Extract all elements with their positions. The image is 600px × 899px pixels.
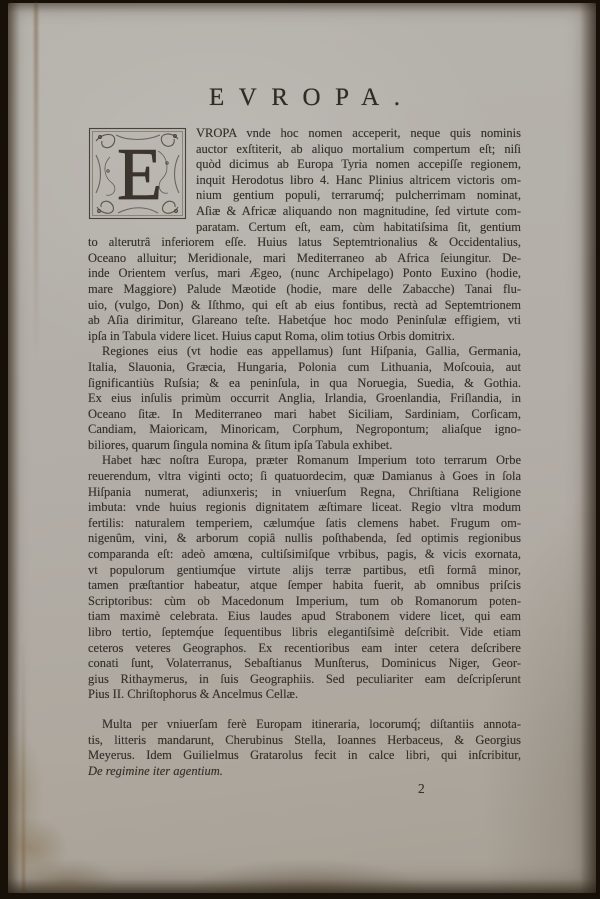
text-line: tamen præſtantior habeatur, atque ſemper… bbox=[88, 578, 521, 594]
text-line: Multa per vniuerſam ferè Europam itinera… bbox=[88, 717, 521, 733]
text-line: Scriptoribus: cùm ob Macedonum Imperium,… bbox=[88, 594, 521, 610]
text-line: reuerendum, vltra viginti octo; ſi quatu… bbox=[88, 469, 521, 485]
text-line: paratam. Certum eſt, eam, cùm habitatiſs… bbox=[196, 220, 521, 236]
paragraph: E VROPA vnde hoc nomen acceperit, neque … bbox=[88, 126, 521, 344]
text-line: conati ſunt, Volaterranus, Sebaſtianus M… bbox=[88, 656, 521, 672]
text-line: Oceano ſitæ. In Mediterraneo mari habet … bbox=[88, 407, 521, 423]
book-page: EVROPA. E VROPA vnde hoc nomen acceperit bbox=[8, 3, 596, 893]
text-line: Candiam, Maioricam, Minoricam, Corphum, … bbox=[88, 422, 521, 438]
text-body: E VROPA vnde hoc nomen acceperit, neque … bbox=[88, 126, 521, 779]
page-title: EVROPA. bbox=[88, 84, 521, 112]
text-line: nium gentium populi, terrarumq́; pulcher… bbox=[196, 188, 521, 204]
text-line: fertilis: naturalem temperiem, cælumq́ue… bbox=[88, 516, 521, 532]
paragraph: Habet hæc noſtra Europa, præter Romanum … bbox=[88, 453, 521, 703]
page-crease bbox=[34, 3, 38, 363]
text-line: Pius II. Chriſtophorus & Ancelmus Cellæ. bbox=[88, 687, 521, 703]
text-line: VROPA vnde hoc nomen acceperit, neque qu… bbox=[196, 126, 521, 142]
drop-cap-ornament-icon: E bbox=[88, 127, 187, 220]
text-line: Ex eius inſulis primùm occurrit Anglia, … bbox=[88, 391, 521, 407]
text-line: libro tertio, ſeptemq́ue ſequentibus lib… bbox=[88, 625, 521, 641]
text-line: auctor exſtiterit, ab aliquo mortalium c… bbox=[196, 142, 521, 158]
text-line: inde Orientem verſus, mari Ægeo, (nunc A… bbox=[88, 266, 521, 282]
text-line: ipſa in Tabula videre licet. Huius caput… bbox=[88, 329, 521, 345]
text-line: ab Aſia dirimitur, Glareano teſte. Habet… bbox=[88, 313, 521, 329]
text-line: Oceano alluitur; Meridionale, mari Medit… bbox=[88, 251, 521, 267]
text-line: gius Rithaymerus, in ſuis Geographiis. S… bbox=[88, 672, 521, 688]
text-line: tiam maximè celebrata. Eius laudes apud … bbox=[88, 609, 521, 625]
drop-cap-letter: E bbox=[117, 134, 162, 216]
page-crease-bottom bbox=[22, 643, 25, 893]
page-number: 2 bbox=[418, 781, 425, 797]
text-line: Regiones eius (vt hodie eas appellamus) … bbox=[88, 344, 521, 360]
text-line: uio, (vulgo, Don) & Iſthmo, qui eſt ab e… bbox=[88, 298, 521, 314]
text-line: Hiſpania numerat, adiunxeris; in vniuerſ… bbox=[88, 485, 521, 501]
text-line: Aſiæ & Africæ aliquando non magnitudine,… bbox=[196, 204, 521, 220]
paragraph: Regiones eius (vt hodie eas appellamus) … bbox=[88, 344, 521, 453]
text-line: mare Maggiore) Palude Mæotide (hodie, ma… bbox=[88, 282, 521, 298]
text-line: to alterutrâ inferiorem eſſe. Huius latu… bbox=[88, 235, 521, 251]
text-line: quòd dicimus ab Europa Tyria nomen accep… bbox=[196, 157, 521, 173]
paragraph: Multa per vniuerſam ferè Europam itinera… bbox=[88, 717, 521, 779]
text-line: De regimine iter agentium. bbox=[88, 764, 521, 780]
drop-cap-woodcut: E bbox=[88, 127, 187, 220]
text-line: comparanda eſt: adeò amœna, cultiſsimiſq… bbox=[88, 547, 521, 563]
text-line: ceteros veteres Geographos. Ex recentior… bbox=[88, 641, 521, 657]
text-line: Italia, Slauonia, Græcia, Hungaria, Polo… bbox=[88, 360, 521, 376]
text-line: imbuta: vnde huius regionis dignitatem æ… bbox=[88, 500, 521, 516]
text-line: inquit Herodotus libro 4. Hanc Plinius a… bbox=[196, 173, 521, 189]
text-line: ſignificantiùs Ruſsia; & ea peninſula, i… bbox=[88, 376, 521, 392]
book-photo: EVROPA. E VROPA vnde hoc nomen acceperit bbox=[0, 0, 600, 899]
text-line: nigenûm, vini, & arborum copiâ nullis po… bbox=[88, 531, 521, 547]
text-line: vt populorum gentiumq́ue virtute alijs t… bbox=[88, 563, 521, 579]
text-line: Habet hæc noſtra Europa, præter Romanum … bbox=[88, 453, 521, 469]
text-line: tis, litteris mandarunt, Cherubinus Stel… bbox=[88, 733, 521, 749]
text-line: biliores, quarum ſingula nomina & ſitum … bbox=[88, 438, 521, 454]
text-column: EVROPA. E VROPA vnde hoc nomen acceperit bbox=[88, 84, 521, 779]
text-line: Meyerus. Idem Guilielmus Gratarolus feci… bbox=[88, 748, 521, 764]
